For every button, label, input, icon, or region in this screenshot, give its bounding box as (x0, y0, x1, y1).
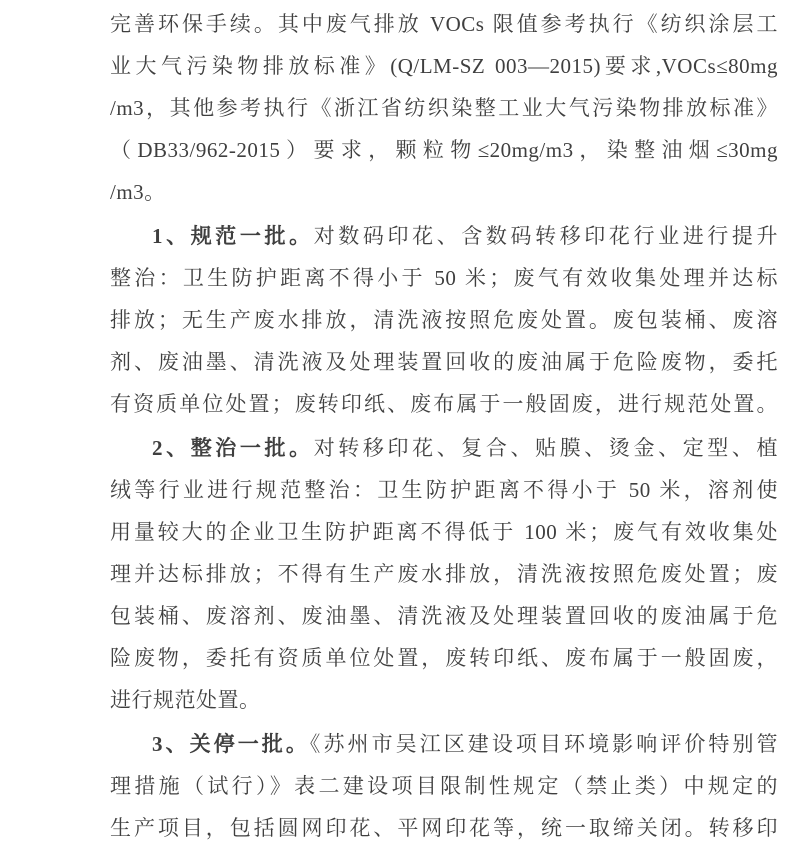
text-line: /m3，其他参考执行《浙江省纺织染整工业大气污染物排放标准》 (110, 87, 778, 129)
document-text-block: 完善环保手续。其中废气排放 VOCs 限值参考执行《纺织涂层工业大气污染物排放标… (110, 3, 778, 841)
line-text: 完善环保手续。其中废气排放 VOCs 限值参考执行《纺织涂层工 (110, 12, 778, 36)
text-line: 包装桶、废溶剂、废油墨、清洗液及处理装置回收的废油属于危 (110, 595, 778, 637)
line-text: 整治：卫生防护距离不得小于 50 米；废气有效收集处理并达标 (110, 266, 778, 290)
text-line: 理措施（试行）》表二建设项目限制性规定（禁止类）中规定的 (110, 765, 778, 807)
line-text: 绒等行业进行规范整治：卫生防护距离不得小于 50 米，溶剂使 (110, 478, 778, 502)
line-text: 理并达标排放；不得有生产废水排放，清洗液按照危废处置；废 (110, 562, 778, 586)
text-line: 业大气污染物排放标准》(Q/LM-SZ 003—2015)要求,VOCs≤80m… (110, 45, 778, 87)
text-line: 1、规范一批。对数码印花、含数码转移印花行业进行提升 (110, 215, 778, 257)
text-line: 用量较大的企业卫生防护距离不得低于 100 米；废气有效收集处 (110, 511, 778, 553)
paragraph-heading-bold: 1、规范一批。 (152, 224, 314, 248)
line-text: 生产项目，包括圆网印花、平网印花等，统一取缔关闭。转移印 (110, 816, 778, 840)
line-text: 对数码印花、含数码转移印花行业进行提升 (314, 224, 778, 248)
text-line: /m3。 (110, 171, 778, 213)
document-page: 完善环保手续。其中废气排放 VOCs 限值参考执行《纺织涂层工业大气污染物排放标… (0, 0, 800, 841)
paragraph-2: 1、规范一批。对数码印花、含数码转移印花行业进行提升整治：卫生防护距离不得小于 … (110, 215, 778, 425)
line-text: 理措施（试行）》表二建设项目限制性规定（禁止类）中规定的 (110, 774, 778, 798)
line-text: （DB33/962-2015）要求，颗粒物≤20mg/m3，染整油烟≤30mg (110, 138, 778, 162)
line-text: 进行规范处置。 (110, 688, 261, 712)
line-text: 用量较大的企业卫生防护距离不得低于 100 米；废气有效收集处 (110, 520, 778, 544)
line-text: 包装桶、废溶剂、废油墨、清洗液及处理装置回收的废油属于危 (110, 604, 778, 628)
text-line: 生产项目，包括圆网印花、平网印花等，统一取缔关闭。转移印 (110, 807, 778, 841)
line-text: 排放；无生产废水排放，清洗液按照危废处置。废包装桶、废溶 (110, 308, 778, 332)
line-text: 对转移印花、复合、贴膜、烫金、定型、植 (314, 436, 778, 460)
text-line: 完善环保手续。其中废气排放 VOCs 限值参考执行《纺织涂层工 (110, 3, 778, 45)
line-text: 剂、废油墨、清洗液及处理装置回收的废油属于危险废物，委托 (110, 350, 778, 374)
line-text: 有资质单位处置；废转印纸、废布属于一般固废，进行规范处置。 (110, 392, 778, 416)
text-line: 有资质单位处置；废转印纸、废布属于一般固废，进行规范处置。 (110, 383, 778, 425)
line-text: 《苏州市吴江区建设项目环境影响评价特别管 (310, 732, 778, 756)
line-text: 险废物，委托有资质单位处置，废转印纸、废布属于一般固废， (110, 646, 778, 670)
paragraph-heading-bold: 3、关停一批。 (152, 732, 310, 756)
paragraph-4: 3、关停一批。《苏州市吴江区建设项目环境影响评价特别管理措施（试行）》表二建设项… (110, 723, 778, 841)
text-line: 进行规范处置。 (110, 679, 778, 721)
text-line: （DB33/962-2015）要求，颗粒物≤20mg/m3，染整油烟≤30mg (110, 129, 778, 171)
paragraph-1: 完善环保手续。其中废气排放 VOCs 限值参考执行《纺织涂层工业大气污染物排放标… (110, 3, 778, 213)
text-line: 排放；无生产废水排放，清洗液按照危废处置。废包装桶、废溶 (110, 299, 778, 341)
paragraph-3: 2、整治一批。对转移印花、复合、贴膜、烫金、定型、植绒等行业进行规范整治：卫生防… (110, 427, 778, 721)
text-line: 3、关停一批。《苏州市吴江区建设项目环境影响评价特别管 (110, 723, 778, 765)
line-text: /m3。 (110, 180, 166, 204)
paragraph-heading-bold: 2、整治一批。 (152, 436, 314, 460)
text-line: 险废物，委托有资质单位处置，废转印纸、废布属于一般固废， (110, 637, 778, 679)
text-line: 理并达标排放；不得有生产废水排放，清洗液按照危废处置；废 (110, 553, 778, 595)
text-line: 剂、废油墨、清洗液及处理装置回收的废油属于危险废物，委托 (110, 341, 778, 383)
line-text: 业大气污染物排放标准》(Q/LM-SZ 003—2015)要求,VOCs≤80m… (110, 54, 778, 78)
text-line: 绒等行业进行规范整治：卫生防护距离不得小于 50 米，溶剂使 (110, 469, 778, 511)
line-text: /m3，其他参考执行《浙江省纺织染整工业大气污染物排放标准》 (110, 96, 778, 120)
text-line: 整治：卫生防护距离不得小于 50 米；废气有效收集处理并达标 (110, 257, 778, 299)
text-line: 2、整治一批。对转移印花、复合、贴膜、烫金、定型、植 (110, 427, 778, 469)
